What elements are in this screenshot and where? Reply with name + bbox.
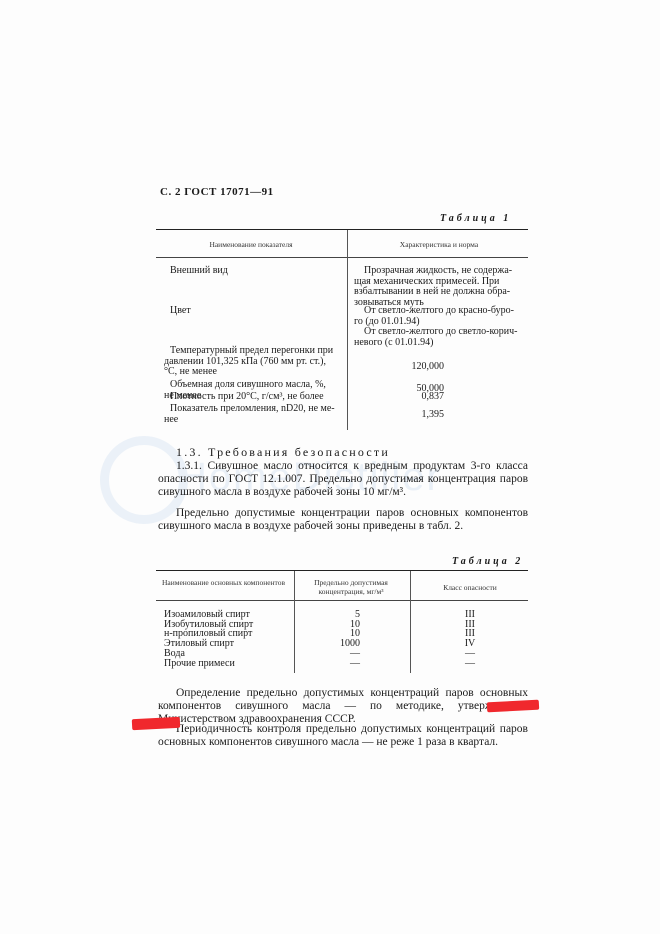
table1-row-name: Показатель преломления, nD20, не ме-нее (164, 404, 346, 425)
table1-row-value: Прозрачная жидкость, не содержа-щая меха… (354, 266, 526, 308)
table1-row-name: Температурный предел перегонки придавлен… (164, 346, 346, 378)
table1-row-value: От светло-желтого до красно-буро-го (до … (354, 306, 526, 348)
table1-row-name: Плотность при 20°С, г/см³, не более (164, 392, 346, 403)
table2-cell-name: Прочие примеси (164, 659, 289, 670)
section-paragraph-1: 1.3.1. Сивушное масло относится к вредны… (158, 460, 528, 499)
table1-row-name: Цвет (164, 306, 346, 317)
page-header: С. 2 ГОСТ 17071—91 (160, 186, 274, 198)
section-paragraph-2: Предельно допустимые концентрации паров … (158, 507, 528, 533)
table1-col-name-header: Наименование показателя (156, 240, 346, 249)
table2-caption: Таблица 2 (452, 556, 523, 567)
table1-row-value: 0,837 (354, 392, 444, 403)
table1-caption: Таблица 1 (440, 213, 511, 224)
table1-col-value-header: Характеристика и норма (350, 240, 528, 249)
table2-cell-class: — (412, 659, 528, 670)
closing-paragraph-1: Определение предельно допустимых концент… (158, 687, 528, 726)
redaction-mark (487, 700, 539, 713)
table2-col-conc-header: Предельно допустимая концентрация, мг/м³ (296, 578, 406, 596)
table1-row-name: Внешний вид (164, 266, 346, 277)
table2-col-divider-1 (294, 571, 295, 673)
section-heading: 1.3. Требования безопасности (176, 446, 390, 459)
closing-paragraph-2: Периодичность контроля предельно допусти… (158, 723, 528, 749)
table1-row-value: 120,000 (354, 362, 444, 373)
table2-col-divider-2 (410, 571, 411, 673)
table1-header-rule (156, 257, 528, 258)
table1-col-divider (347, 230, 348, 430)
table1-top-rule (156, 229, 528, 230)
table2-col-class-header: Класс опасности (412, 583, 528, 592)
table2-cell-conc: — (296, 659, 360, 670)
table1-row-value: 1,395 (354, 410, 444, 421)
table2-col-name-header: Наименование основных компонентов (156, 578, 291, 587)
table2-header-rule (156, 600, 528, 601)
table2-top-rule (156, 570, 528, 571)
